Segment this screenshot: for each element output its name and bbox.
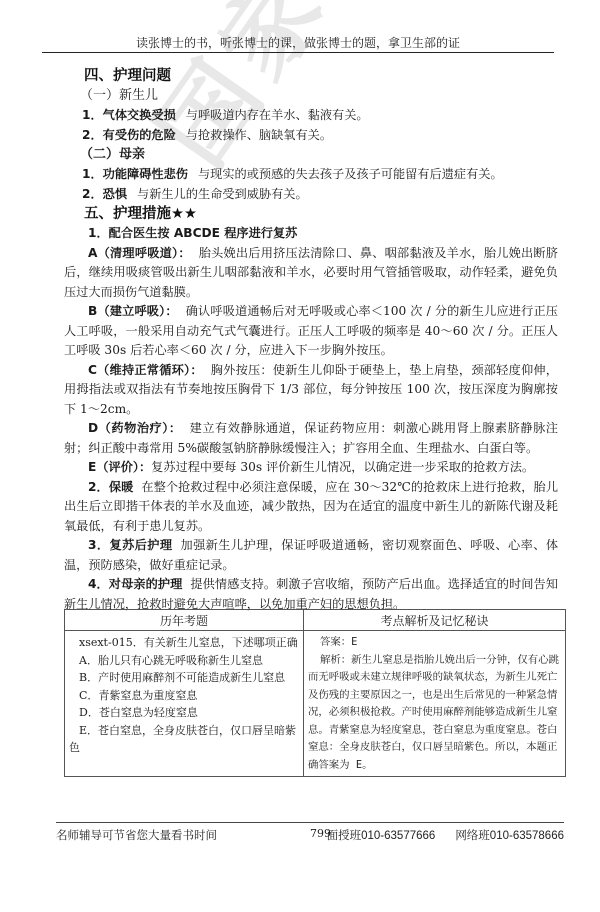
step-c-paragraph: C（维持正常循环）：胸外按压：使新生儿仰卧于硬垫上，垫上肩垫，颈部轻度仰伸，用拇… <box>64 361 558 420</box>
warming-paragraph: 2．保暖在整个抢救过程中必须注意保暖，应在 30～32℃的抢救床上进行抢救，胎儿… <box>64 478 558 537</box>
column-header-analysis: 考点解析及记忆秘诀 <box>304 610 566 631</box>
problem-label: 2．恐惧 <box>82 187 127 201</box>
problem-text: 与抢救操作、脑缺氧有关。 <box>186 128 332 142</box>
problem-item: 2．有受伤的危险与抢救操作、脑缺氧有关。 <box>82 125 564 145</box>
step-b-label: B（建立呼吸）： <box>88 304 178 318</box>
question-option-a: A．胎儿只有心跳无呼吸称新生儿窒息 <box>69 652 299 670</box>
problem-label: 1．气体交换受损 <box>82 108 176 122</box>
exam-table-row: xsext-015．有关新生儿窒息，下述哪项正确 A．胎儿只有心跳无呼吸称新生儿… <box>65 631 566 777</box>
answer-line: 答案：E <box>308 634 561 652</box>
analysis-text: 解析：新生儿窒息是指胎儿娩出后一分钟，仅有心跳而无呼吸或未建立规律呼吸的缺氧状态… <box>308 652 561 775</box>
measure-heading: 1．配合医生按 ABCDE 程序进行复苏 <box>64 224 558 244</box>
subsection-title-newborn: （一）新生儿 <box>80 86 564 105</box>
problem-item: 1．气体交换受损与呼吸道内存在羊水、黏液有关。 <box>82 105 564 125</box>
step-d-label: D（药物治疗）： <box>88 421 182 435</box>
exam-table: 历年考题 考点解析及记忆秘诀 xsext-015．有关新生儿窒息，下述哪项正确 … <box>64 609 566 777</box>
question-option-e: E．苍白窒息，全身皮肤苍白，仅口唇呈暗紫色 <box>69 722 299 757</box>
problem-item: 2．恐惧与新生儿的生命受到威胁有关。 <box>82 184 564 204</box>
exam-table-header-row: 历年考题 考点解析及记忆秘诀 <box>65 610 566 631</box>
analysis-cell: 答案：E 解析：新生儿窒息是指胎儿娩出后一分钟，仅有心跳而无呼吸或未建立规律呼吸… <box>304 631 566 777</box>
step-e-label: E（评价）： <box>88 460 151 474</box>
step-a-label: A（清理呼吸道）： <box>88 246 191 260</box>
question-option-c: C．青紫窒息为重度窒息 <box>69 687 299 705</box>
mother-care-label: 4．对母亲的护理 <box>88 577 182 591</box>
page-header-slogan: 读张博士的书，听张博士的课，做张博士的题，拿卫生部的证 <box>42 36 554 53</box>
problem-label: 2．有受伤的危险 <box>82 128 176 142</box>
onsite-class-phone: 面授班010-63577666 <box>327 830 436 842</box>
warming-label: 2．保暖 <box>88 480 133 494</box>
section-title-nursing-measures: 五、护理措施★★ <box>84 204 564 224</box>
post-resuscitation-label: 3．复苏后护理 <box>88 538 172 552</box>
post-resuscitation-paragraph: 3．复苏后护理加强新生儿护理，保证呼吸道通畅，密切观察面色、呼吸、心率、体温，预… <box>64 536 558 575</box>
column-header-past-questions: 历年考题 <box>65 610 304 631</box>
step-c-label: C（维持正常循环）： <box>88 363 203 377</box>
question-option-b: B．产时使用麻醉剂不可能造成新生儿窒息 <box>69 669 299 687</box>
page-footer: 名师辅导可节省您大量看书时间 799 面授班010-63577666网络班010… <box>56 822 564 843</box>
question-cell: xsext-015．有关新生儿窒息，下述哪项正确 A．胎儿只有心跳无呼吸称新生儿… <box>65 631 304 777</box>
online-class-phone: 网络班010-63578666 <box>455 830 564 842</box>
footer-slogan: 名师辅导可节省您大量看书时间 <box>56 827 217 843</box>
problem-text: 与新生儿的生命受到威胁有关。 <box>137 187 308 201</box>
main-content: 四、护理问题 （一）新生儿 1．气体交换受损与呼吸道内存在羊水、黏液有关。 2．… <box>64 66 564 614</box>
subsection-title-mother: （二）母亲 <box>80 145 564 164</box>
step-a-paragraph: A（清理呼吸道）：胎头娩出后用挤压法清除口、鼻、咽部黏液及羊水，胎儿娩出断脐后，… <box>64 244 558 303</box>
question-option-d: D．苍白窒息为轻度窒息 <box>69 704 299 722</box>
problem-label: 1．功能障碍性悲伤 <box>82 167 188 181</box>
problem-text: 与现实的或预感的失去孩子及孩子可能留有后遗症有关。 <box>198 167 503 181</box>
step-b-paragraph: B（建立呼吸）：确认呼吸道通畅后对无呼吸或心率＜100 次 / 分的新生儿应进行… <box>64 302 558 361</box>
question-stem: xsext-015．有关新生儿窒息，下述哪项正确 <box>69 634 299 652</box>
problem-text: 与呼吸道内存在羊水、黏液有关。 <box>186 108 369 122</box>
problem-item: 1．功能障碍性悲伤与现实的或预感的失去孩子及孩子可能留有后遗症有关。 <box>82 164 564 184</box>
section-title-nursing-problems: 四、护理问题 <box>84 66 564 86</box>
footer-contacts: 面授班010-63577666网络班010-63578666 <box>307 827 564 843</box>
step-e-paragraph: E（评价）：复苏过程中要每 30s 评价新生儿情况，以确定进一步采取的抢救方法。 <box>64 458 558 478</box>
step-d-paragraph: D（药物治疗）：建立有效静脉通道，保证药物应用：刺激心跳用肾上腺素脐静脉注射；纠… <box>64 419 558 458</box>
